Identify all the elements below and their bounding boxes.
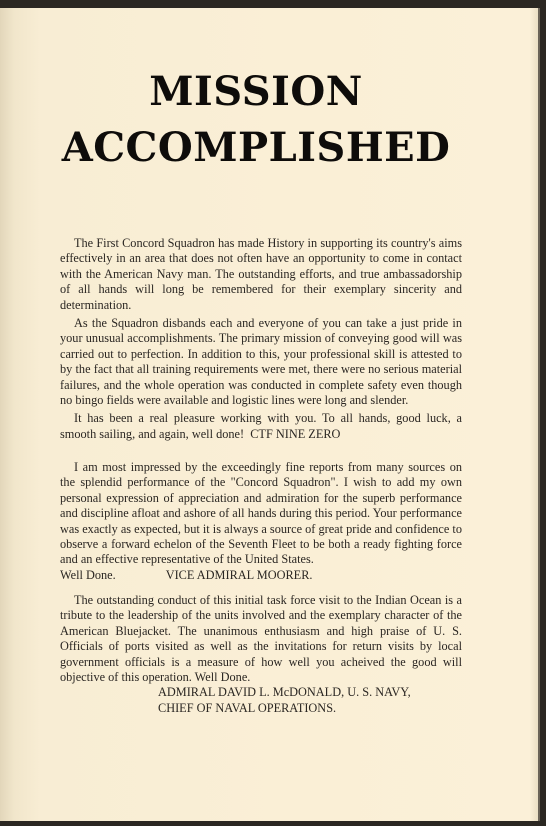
signature: CTF NINE ZERO [250,427,340,441]
title-line-1: MISSION [0,68,512,115]
signature-line-1: ADMIRAL DAVID L. McDONALD, U. S. NAVY, [60,685,462,700]
signature: VICE ADMIRAL MOORER. [166,568,313,582]
title-line-2: ACCOMPLISHED [0,124,512,171]
paragraph: The outstanding conduct of this initial … [60,593,462,685]
paragraph: I am most impressed by the exceedingly f… [60,460,462,568]
message-vice-admiral-moorer: I am most impressed by the exceedingly f… [60,460,462,583]
signature-line-2: CHIEF OF NAVAL OPERATIONS. [60,701,462,716]
message-ctf-nine-zero: The First Concord Squadron has made Hist… [60,236,462,442]
closing-line: Well Done.VICE ADMIRAL MOORER. [60,568,462,583]
document-page: MISSION ACCOMPLISHED The First Concord S… [0,8,540,821]
paragraph: As the Squadron disbands each and everyo… [60,316,462,408]
paragraph: The First Concord Squadron has made Hist… [60,236,462,313]
paragraph: It has been a real pleasure working with… [60,411,462,442]
closing: Well Done. [60,568,116,582]
message-admiral-mcdonald: The outstanding conduct of this initial … [60,593,462,716]
